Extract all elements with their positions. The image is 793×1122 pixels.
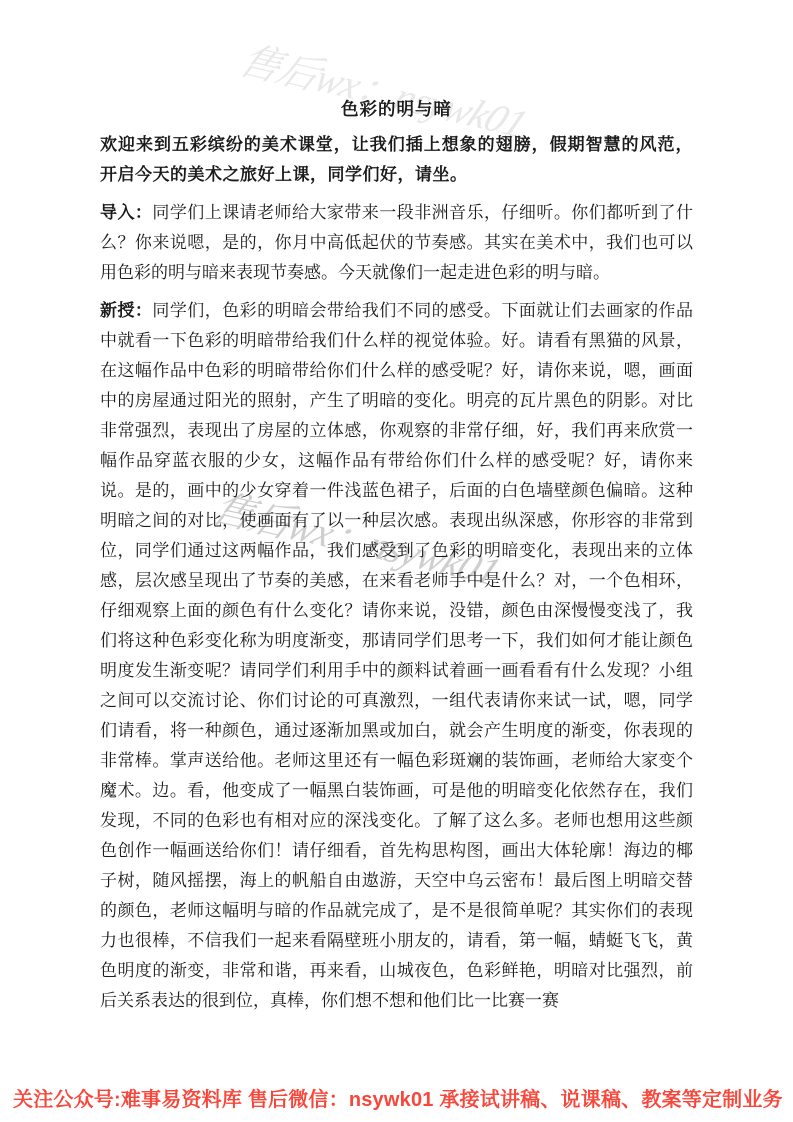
paragraph-daoru: 导入：同学们上课请老师给大家带来一段非洲音乐，仔细听。你们都听到了什么？你来说嗯… bbox=[100, 198, 693, 288]
paragraph-daoru-text: 同学们上课请老师给大家带来一段非洲音乐，仔细听。你们都听到了什么？你来说嗯，是的… bbox=[100, 203, 693, 282]
paragraph-daoru-label: 导入： bbox=[100, 203, 152, 222]
document-page: 售后wx：nsywk01 售后wx：nsywk01 色彩的明与暗 欢迎来到五彩缤… bbox=[0, 0, 793, 1122]
paragraph-xinshou: 新授：同学们，色彩的明暗会带给我们不同的感受。下面就让们去画家的作品中就看一下色… bbox=[100, 296, 693, 1016]
paragraph-xinshou-text: 同学们，色彩的明暗会带给我们不同的感受。下面就让们去画家的作品中就看一下色彩的明… bbox=[100, 301, 693, 1010]
paragraph-xinshou-label: 新授： bbox=[100, 301, 152, 320]
promo-footer: 关注公众号:难事易资料库 售后微信：nsywk01 承接试讲稿、说课稿、教案等定… bbox=[13, 1088, 780, 1112]
page-title: 色彩的明与暗 bbox=[100, 94, 693, 124]
document-body: 色彩的明与暗 欢迎来到五彩缤纷的美术课堂，让我们插上想象的翅膀，假期智慧的风范，… bbox=[0, 0, 793, 1016]
intro-paragraph: 欢迎来到五彩缤纷的美术课堂，让我们插上想象的翅膀，假期智慧的风范，开启今天的美术… bbox=[100, 130, 693, 190]
